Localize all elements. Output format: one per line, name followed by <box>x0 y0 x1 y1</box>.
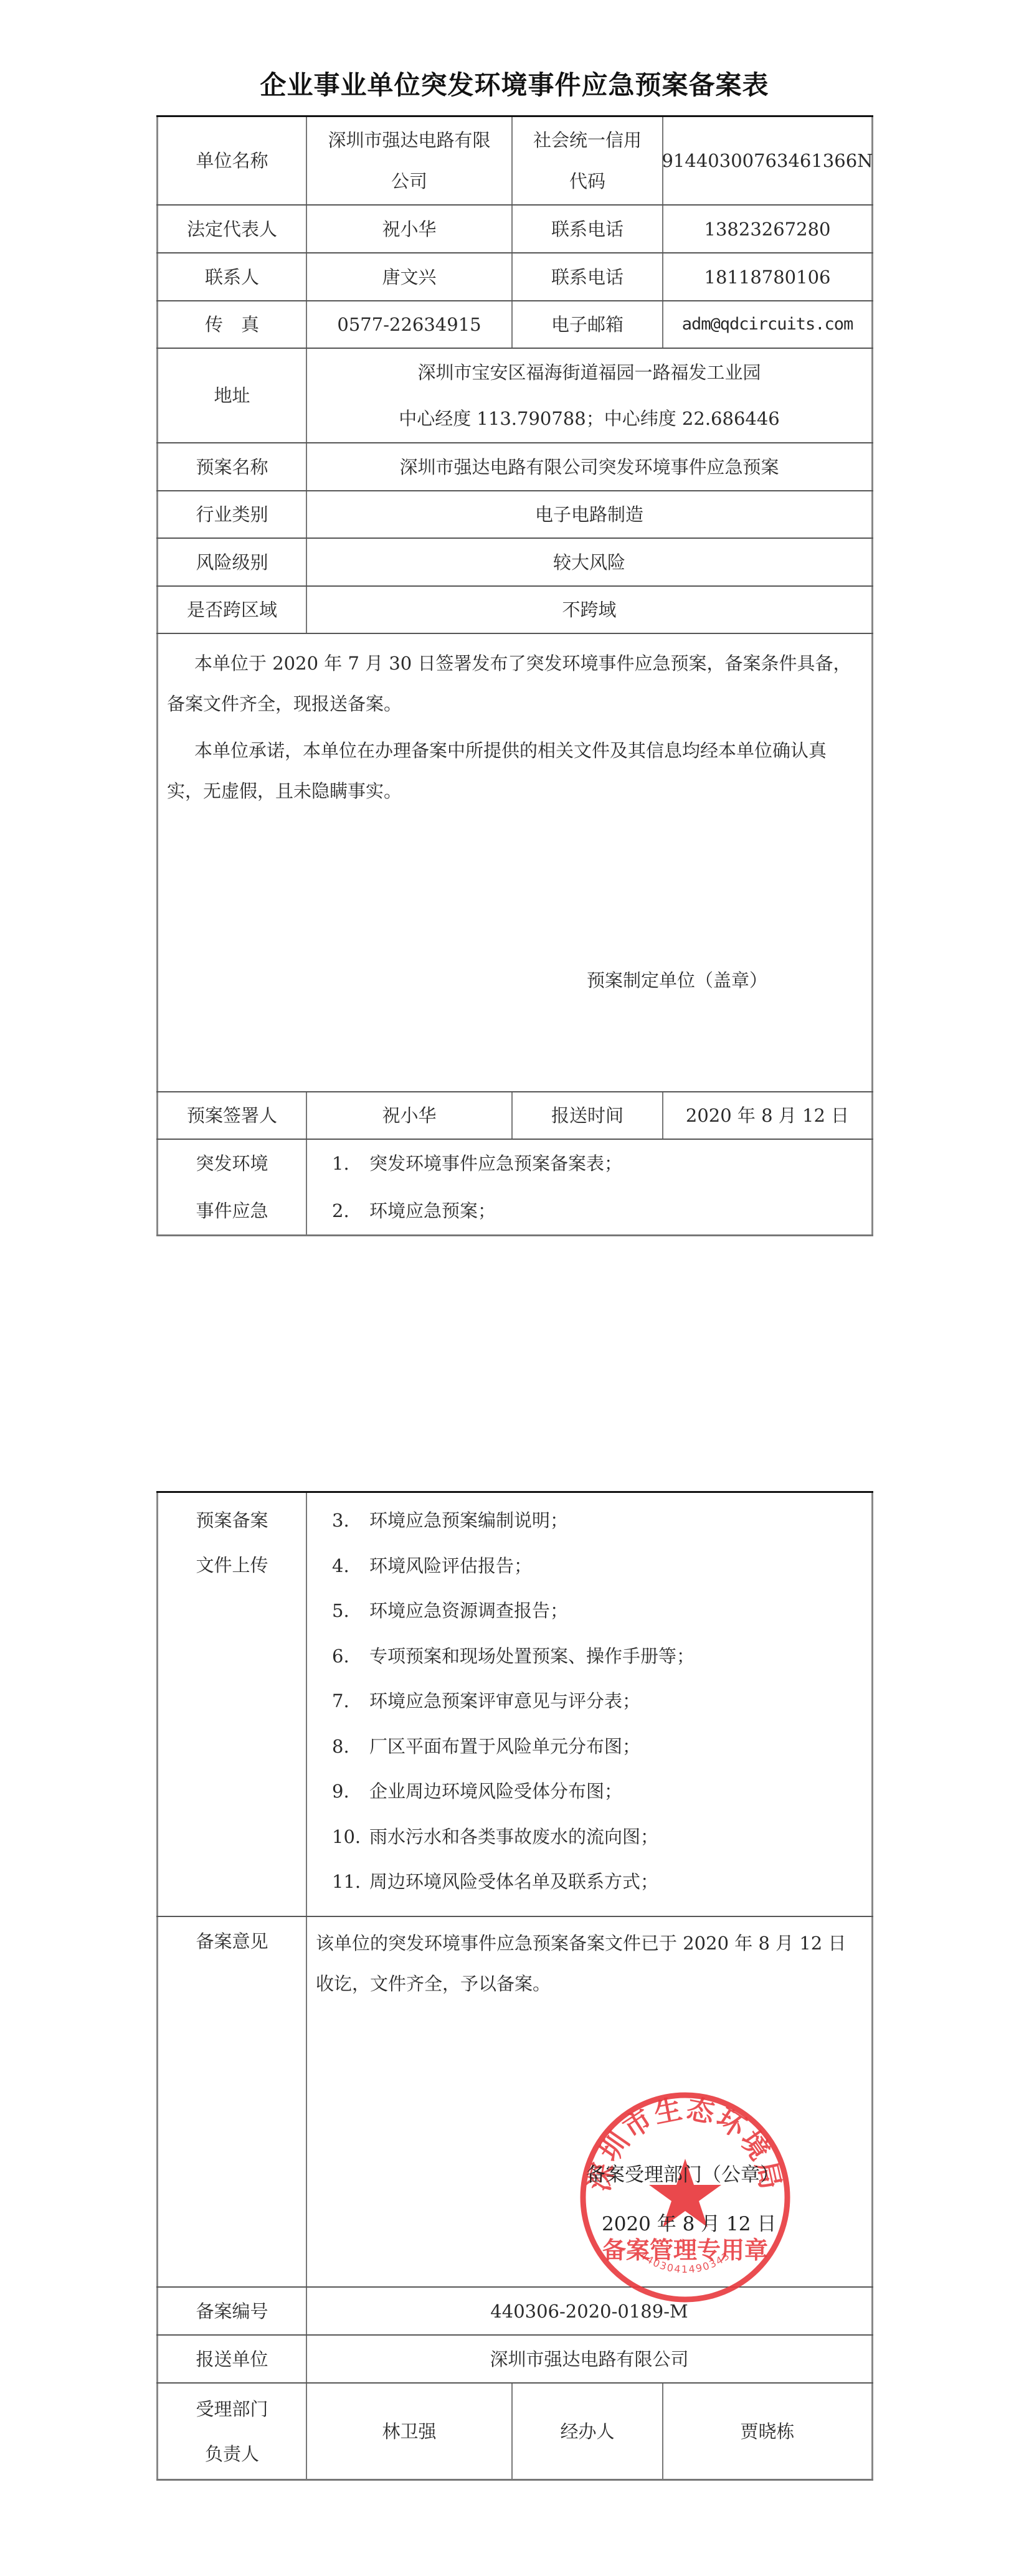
item-text: 厂区平面布置于风险单元分布图； <box>369 1724 640 1769</box>
value-handler: 贾晓栋 <box>662 2384 873 2479</box>
label-fax: 传 真 <box>156 301 306 348</box>
value-dept-head: 林卫强 <box>306 2384 511 2479</box>
label-text: 是否跨区域 <box>187 590 277 629</box>
item-number: 11. <box>332 1859 369 1905</box>
item-text: 环境应急预案； <box>369 1187 496 1234</box>
attachments-label-line1: 突发环境 <box>196 1140 268 1187</box>
attachment-item: 5.环境应急资源调查报告； <box>332 1588 568 1634</box>
row-signer: 预案签署人 祝小华 报送时间 2020 年 8 月 12 日 <box>156 1092 873 1140</box>
label-text: 传 真 <box>205 305 259 344</box>
declaration-block: 本单位于 2020 年 7 月 30 日签署发布了突发环境事件应急预案，备案条件… <box>156 634 873 1091</box>
value-plan-name: 深圳市强达电路有限公司突发环境事件应急预案 <box>306 443 873 490</box>
item-text: 环境应急预案编制说明； <box>369 1498 568 1543</box>
item-text: 周边环境风险受体名单及联系方式； <box>369 1859 658 1905</box>
row-attachments-part2: 预案备案 文件上传 3.环境应急预案编制说明； 4.环境风险评估报告； 5.环境… <box>156 1493 873 1917</box>
item-text: 环境风险评估报告； <box>369 1543 532 1589</box>
label-contact: 联系人 <box>156 253 306 300</box>
official-stamp-icon: 深圳市生态环境局 备案管理专用章 4403041490343 <box>578 2090 792 2304</box>
value-text: 18118780106 <box>704 258 831 296</box>
value-text: 较大风险 <box>553 543 625 582</box>
filing-form-table-page2: 预案备案 文件上传 3.环境应急预案编制说明； 4.环境风险评估报告； 5.环境… <box>156 1491 873 2481</box>
item-number: 8. <box>332 1724 369 1769</box>
attachment-item: 1.突发环境事件应急预案备案表； <box>332 1140 622 1187</box>
attachment-item: 6.专项预案和现场处置预案、操作手册等； <box>332 1634 695 1679</box>
item-number: 4. <box>332 1543 369 1589</box>
label-text: 报送时间 <box>551 1096 624 1135</box>
row-attachments-part1: 突发环境 事件应急 1.突发环境事件应急预案备案表； 2.环境应急预案； <box>156 1140 873 1234</box>
value-contact-phone: 18118780106 <box>662 253 873 300</box>
value-address: 深圳市宝安区福海街道福园一路福发工业园 中心经度 113.790788；中心纬度… <box>306 349 873 442</box>
attachment-item: 10.雨水污水和各类事故废水的流向图； <box>332 1814 658 1860</box>
credit-code-label-line2: 代码 <box>569 161 605 202</box>
label-legal-rep: 法定代表人 <box>156 206 306 252</box>
label-plan-name: 预案名称 <box>156 443 306 490</box>
item-text: 企业周边环境风险受体分布图； <box>369 1769 622 1814</box>
label-text: 联系电话 <box>551 210 624 249</box>
value-text: 电子电路制造 <box>535 495 643 534</box>
row-contact: 联系人 唐文兴 联系电话 18118780106 <box>156 253 873 301</box>
label-submit-time: 报送时间 <box>511 1092 662 1139</box>
value-text: 祝小华 <box>382 1096 436 1135</box>
label-text: 预案签署人 <box>187 1096 277 1135</box>
label-text: 联系电话 <box>551 258 624 296</box>
row-plan-name: 预案名称 深圳市强达电路有限公司突发环境事件应急预案 <box>156 443 873 491</box>
label-text: 行业类别 <box>196 495 268 534</box>
value-text: adm@qdcircuits.com <box>682 305 853 344</box>
row-declaration: 本单位于 2020 年 7 月 30 日签署发布了突发环境事件应急预案，备案条件… <box>156 634 873 1092</box>
attachment-item: 7.环境应急预案评审意见与评分表； <box>332 1679 640 1724</box>
attachment-item: 9.企业周边环境风险受体分布图； <box>332 1769 622 1814</box>
dept-seal-label: 备案受理部门（公章） <box>586 2159 779 2187</box>
label-legal-rep-phone: 联系电话 <box>511 206 662 252</box>
row-address: 地址 深圳市宝安区福海街道福园一路福发工业园 中心经度 113.790788；中… <box>156 349 873 443</box>
value-fax: 0577-22634915 <box>306 301 511 348</box>
attachment-item: 2.环境应急预案； <box>332 1187 496 1234</box>
value-text: 贾晓栋 <box>740 2412 794 2451</box>
label-text: 风险级别 <box>196 543 268 582</box>
item-text: 雨水污水和各类事故废水的流向图； <box>369 1814 658 1860</box>
item-number: 7. <box>332 1679 369 1724</box>
label-text: 法定代表人 <box>187 210 277 249</box>
value-signer: 祝小华 <box>306 1092 511 1139</box>
value-cross-region: 不跨域 <box>306 587 873 633</box>
item-text: 环境应急资源调查报告； <box>369 1588 568 1634</box>
item-number: 1. <box>332 1140 369 1187</box>
value-text: 不跨域 <box>562 590 616 629</box>
label-unit-name: 单位名称 <box>156 117 306 204</box>
label-filing-number: 备案编号 <box>156 2288 306 2334</box>
attachment-item: 8.厂区平面布置于风险单元分布图； <box>332 1724 640 1769</box>
credit-code-text: 91440300763461366N <box>661 141 873 180</box>
label-signer: 预案签署人 <box>156 1092 306 1139</box>
attachments-list-part1: 1.突发环境事件应急预案备案表； 2.环境应急预案； <box>306 1140 873 1234</box>
label-submitting-unit: 报送单位 <box>156 2336 306 2382</box>
value-text: 唐文兴 <box>382 258 436 296</box>
item-number: 3. <box>332 1498 369 1543</box>
value-text: 2020 年 8 月 12 日 <box>686 1096 849 1135</box>
label-text: 备案编号 <box>196 2292 268 2331</box>
address-line: 深圳市宝安区福海街道福园一路福发工业园 <box>417 349 761 395</box>
attachment-item: 11.周边环境风险受体名单及联系方式； <box>332 1859 658 1905</box>
label-text: 地址 <box>214 376 250 415</box>
stamp-bottom-text: 备案管理专用章 <box>602 2237 768 2264</box>
label-attachments: 突发环境 事件应急 <box>156 1140 306 1234</box>
item-number: 6. <box>332 1634 369 1679</box>
row-unit-name: 单位名称 深圳市强达电路有限 公司 社会统一信用 代码 914403007634… <box>156 117 873 206</box>
label-text: 电子邮箱 <box>551 305 624 344</box>
item-text: 环境应急预案评审意见与评分表； <box>369 1679 640 1724</box>
unit-name-line2: 公司 <box>391 161 427 202</box>
item-number: 2. <box>332 1187 369 1234</box>
row-fax-email: 传 真 0577-22634915 电子邮箱 adm@qdcircuits.co… <box>156 301 873 349</box>
item-text: 突发环境事件应急预案备案表； <box>369 1140 622 1187</box>
value-contact: 唐文兴 <box>306 253 511 300</box>
row-cross-region: 是否跨区域 不跨域 <box>156 587 873 634</box>
value-email: adm@qdcircuits.com <box>662 301 873 348</box>
label-text: 预案名称 <box>196 448 268 486</box>
upload-label-line1: 预案备案 <box>196 1498 268 1543</box>
label-handler: 经办人 <box>511 2384 662 2479</box>
value-text: 0577-22634915 <box>337 305 481 344</box>
label-dept-head: 受理部门 负责人 <box>156 2384 306 2479</box>
value-risk-level: 较大风险 <box>306 539 873 585</box>
label-text: 备案意见 <box>196 1922 268 1961</box>
opinion-text: 该单位的突发环境事件应急预案备案文件已于 2020 年 8 月 12 日收讫，文… <box>307 1923 871 2004</box>
value-text: 祝小华 <box>382 210 436 249</box>
item-number: 9. <box>332 1769 369 1814</box>
label-email: 电子邮箱 <box>511 301 662 348</box>
item-number: 10. <box>332 1814 369 1860</box>
value-unit-name: 深圳市强达电路有限 公司 <box>306 117 511 204</box>
label-credit-code: 社会统一信用 代码 <box>511 117 662 204</box>
value-submit-time: 2020 年 8 月 12 日 <box>662 1092 873 1139</box>
dept-head-label-line1: 受理部门 <box>196 2387 268 2432</box>
declaration-para2: 本单位承诺，本单位在办理备案中所提供的相关文件及其信息均经本单位确认真实，无虚假… <box>158 731 871 812</box>
label-risk-level: 风险级别 <box>156 539 306 585</box>
unit-name-line1: 深圳市强达电路有限 <box>328 120 490 161</box>
value-text: 深圳市强达电路有限公司 <box>490 2340 688 2379</box>
attachments-list-part2: 3.环境应急预案编制说明； 4.环境风险评估报告； 5.环境应急资源调查报告； … <box>306 1493 873 1916</box>
item-number: 5. <box>332 1588 369 1634</box>
value-credit-code: 91440300763461366N <box>662 117 873 204</box>
row-risk-level: 风险级别 较大风险 <box>156 539 873 587</box>
dept-head-label-line2: 负责人 <box>205 2432 259 2476</box>
row-industry: 行业类别 电子电路制造 <box>156 491 873 539</box>
label-text: 经办人 <box>560 2412 614 2451</box>
attachment-item: 3.环境应急预案编制说明； <box>332 1498 568 1543</box>
value-legal-rep: 祝小华 <box>306 206 511 252</box>
label-contact-phone: 联系电话 <box>511 253 662 300</box>
label-cross-region: 是否跨区域 <box>156 587 306 633</box>
value-text: 林卫强 <box>382 2412 436 2451</box>
credit-code-label-line1: 社会统一信用 <box>533 120 642 161</box>
upload-label-line2: 文件上传 <box>196 1543 268 1588</box>
value-submitting-unit: 深圳市强达电路有限公司 <box>306 2336 873 2382</box>
row-submitting-unit: 报送单位 深圳市强达电路有限公司 <box>156 2336 873 2384</box>
coordinates-line: 中心经度 113.790788；中心纬度 22.686446 <box>399 395 780 442</box>
filing-form-table-page1: 单位名称 深圳市强达电路有限 公司 社会统一信用 代码 914403007634… <box>156 115 873 1236</box>
label-opinion: 备案意见 <box>156 1917 306 2286</box>
value-text: 深圳市强达电路有限公司突发环境事件应急预案 <box>399 448 779 486</box>
value-text: 13823267280 <box>704 210 831 249</box>
item-text: 专项预案和现场处置预案、操作手册等； <box>369 1634 695 1679</box>
label-attachments-upload: 预案备案 文件上传 <box>156 1493 306 1916</box>
label-text: 报送单位 <box>196 2340 268 2379</box>
value-industry: 电子电路制造 <box>306 491 873 537</box>
value-legal-rep-phone: 13823267280 <box>662 206 873 252</box>
declaration-para1: 本单位于 2020 年 7 月 30 日签署发布了突发环境事件应急预案，备案条件… <box>158 643 871 724</box>
dept-seal-date: 2020 年 8 月 12 日 <box>602 2208 776 2236</box>
row-dept-head: 受理部门 负责人 林卫强 经办人 贾晓栋 <box>156 2384 873 2479</box>
seal-note: 预案制定单位（盖章） <box>587 967 767 992</box>
label-industry: 行业类别 <box>156 491 306 537</box>
form-title: 企业事业单位突发环境事件应急预案备案表 <box>0 65 1029 102</box>
label-text: 联系人 <box>205 258 259 296</box>
row-legal-rep: 法定代表人 祝小华 联系电话 13823267280 <box>156 206 873 253</box>
label-address: 地址 <box>156 349 306 442</box>
label-text: 单位名称 <box>196 141 268 180</box>
attachments-label-line2: 事件应急 <box>196 1187 268 1234</box>
attachment-item: 4.环境风险评估报告； <box>332 1543 532 1589</box>
